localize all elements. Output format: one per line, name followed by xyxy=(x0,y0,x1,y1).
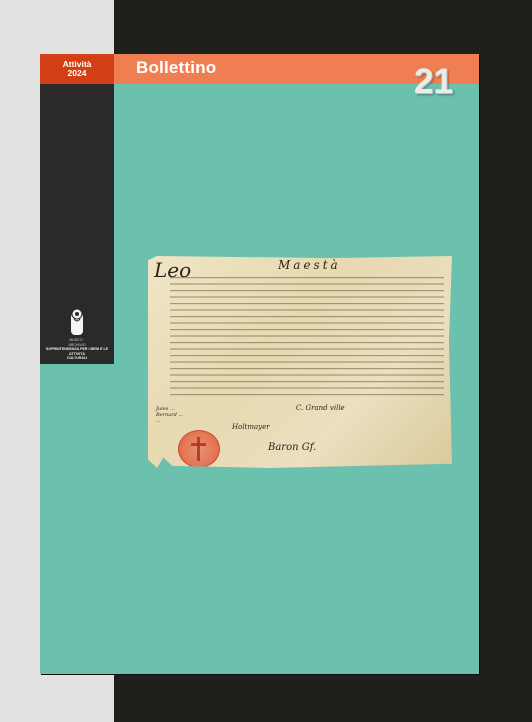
logo-caption: Museo · Archivio Soprintendenza per i be… xyxy=(42,338,112,361)
publication-title: Bollettino xyxy=(136,58,216,78)
manuscript-signature-1: Holtmayer xyxy=(232,423,270,431)
manuscript-heading: Maestà xyxy=(278,258,341,272)
manuscript-date: C. Grand ville xyxy=(296,404,345,412)
manuscript-signature-2: Baron Gf. xyxy=(268,442,316,453)
institution-logo-icon xyxy=(69,307,85,337)
issue-number: 21 xyxy=(414,64,453,99)
manuscript-text-lines xyxy=(170,272,444,400)
logo-caption-line4: culturali xyxy=(42,356,112,361)
logo-caption-line3: Soprintendenza per i beni e le attività xyxy=(42,347,112,356)
sidebar: Museo · Archivio Soprintendenza per i be… xyxy=(40,84,114,364)
manuscript-left-notes: Jules ... Bernard ... ... xyxy=(156,406,183,424)
historic-manuscript-image: Leo Maestà Jules ... Bernard ... ... C. … xyxy=(148,256,452,468)
year-label: 2024 xyxy=(40,69,114,78)
activity-year-label: Attività 2024 xyxy=(40,54,114,84)
wax-seal-icon xyxy=(178,430,220,468)
